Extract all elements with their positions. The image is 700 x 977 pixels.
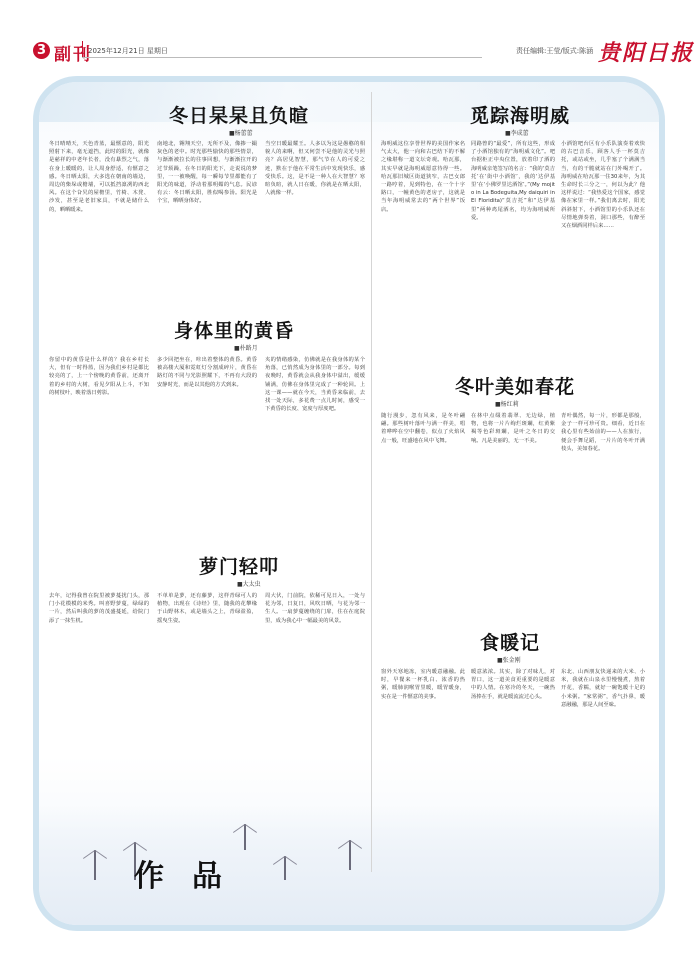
column-divider: [371, 92, 372, 872]
masthead: 3 副刊 2025年12月21日 星期日 责任编辑:王莹/版式:陈涵 贵阳日报: [0, 0, 700, 60]
article-column: 窗外天寒地冻，室内暖意融融。此时，早餐来一杯乳白、浓香的热粥，暖肺润喉胃里暖，暖…: [381, 668, 465, 908]
article-title: 食暖记: [480, 628, 540, 655]
editor-credits: 责任编辑:王莹/版式:陈涵: [516, 46, 593, 56]
header-divider: [82, 41, 83, 58]
header-rule: [82, 57, 482, 58]
tree-icon: [94, 850, 96, 880]
article-byline: ■杨蕾蕾: [229, 128, 253, 137]
tree-icon: [349, 840, 351, 870]
article-title: 冬日杲杲且负暄: [169, 101, 309, 128]
article-column: 冬日晴晴天，天色青蓝，最惬意的，阳光照射下来，毫无遮挡，此时的阳光，就像是慈祥的…: [49, 140, 149, 310]
article-column: 暖意浓浓。其实，除了对味儿，对胃口，这一道美食更重要的是暖意中的人情。在寒冷的冬…: [471, 668, 555, 908]
article-byline: ■大太虫: [237, 579, 261, 588]
article-column: 去年，记得我曾在院里被萝蔓扰门头，那门小花模模的米秀。叫喜野萝蔓，绿绿的一片，然…: [49, 592, 149, 807]
article-luomen: 萝门轻叩 ■大太虫 去年，记得我曾在院里被萝蔓扰门头，那门小花模模的米秀。叫喜野…: [39, 552, 369, 812]
article-dongye: 冬叶美如春花 ■杨红莉 随行漫步，忽有风来，是冬叶翩翩。那些树叶落叶与满一样美，…: [375, 372, 655, 622]
article-shinuan: 食暖记 ■张金刚 窗外天寒地冻，室内暖意融融。此时，早餐来一杯乳白、浓香的热粥，…: [375, 628, 655, 918]
article-column: 不单单是萝，还有藤萝，这样青绿可人的植物，出现在《诗经》里，随我的花攀缘于山野林…: [157, 592, 257, 807]
article-column: 多少回把坐在，咔出着整体的黄昏。黄昏被高楼大厦和霓虹灯分割成碎片，黄昏在路灯的不…: [157, 356, 257, 546]
issue-date: 2025年12月21日 星期日: [88, 46, 168, 56]
article-column: 青叶偶然，每一片，形都是那般，金子一样可珍可贵。细看，近日在我心里有些始前的——…: [561, 412, 645, 617]
article-title: 身体里的黄昏: [174, 316, 294, 343]
section-name: 副刊: [54, 40, 92, 65]
article-byline: ■朴路月: [234, 343, 258, 352]
article-huanghun: 身体里的黄昏 ■朴路月 你留中的黄昏是什么样的？我在乡村长大，但有一时得篮，因为…: [39, 316, 369, 546]
article-column: 当空日暖最耀王。人多以为这是愚憨的相貌人的来啊，但又何尝不是他的灵光与照亮？高居…: [265, 140, 365, 310]
article-byline: ■李成蕾: [505, 128, 529, 137]
content-panel: 作品 冬日杲杲且负暄 ■杨蕾蕾 冬日晴晴天，天色青蓝，最惬意的，阳光照射下来，毫…: [33, 76, 665, 931]
article-byline: ■张金刚: [497, 655, 521, 664]
article-byline: ■杨红莉: [495, 399, 519, 408]
article-title: 觅踪海明威: [470, 101, 570, 128]
article-column: 小酒馆吧台区有小乐队演奏着欢快的古巴音乐，顾客人手一杯莫吉托，或站或坐，几乎塞了…: [561, 140, 645, 350]
article-mizong: 觅踪海明威 ■李成蕾 海明威这位享誉世界的美国作家名气太大，他一向和古巴结下的不…: [375, 82, 655, 362]
article-column: 同路曾的“最爱”，所有这些，形成了小酒馆独有的“海明威文化”。吧台据柜正中央位置…: [471, 140, 555, 350]
article-column: 在林中点缀着翡翠、无边绿，植物，也将一片片绚烂斑斓，红黄紫褐等色彩斑斓，是叶之冬…: [471, 412, 555, 617]
article-column: 东北、山西朋友快递来的大米、小米，我就在山泉水里慢慢煮，熬着开花，香糯，就好一碗…: [561, 668, 645, 908]
article-column: 夹的情绪感染，仿佛就是在我身体的某个角落，已悄然成为身体里的一部分。每到夜晚时，…: [265, 356, 365, 546]
article-dongri: 冬日杲杲且负暄 ■杨蕾蕾 冬日晴晴天，天色青蓝，最惬意的，阳光照射下来，毫无遮挡…: [39, 82, 369, 312]
article-column: 海明威这位享誉世界的美国作家名气太大，他一向和古巴结下的不解之缘堪称一道文坛奇观…: [381, 140, 465, 350]
article-column: 周大伏，门前院，依稀可见日入，一处与花为邻，日复日，风吹日晒，与花为邻一生人。一…: [265, 592, 365, 807]
tree-icon: [244, 824, 246, 850]
tree-icon: [284, 856, 286, 880]
newspaper-logo: 贵阳日报: [598, 36, 694, 67]
article-column: 随行漫步，忽有风来，是冬叶翩翩。那些树叶落叶与满一样美，唱着哗哗在空中翻卷，似点…: [381, 412, 465, 617]
section-label-works: 作品: [134, 851, 250, 895]
article-column: 南地北，翱翔天空，无所不及，像掺一撮灰色的老中。时光那些愉快的那些情景，与渐渐被…: [157, 140, 257, 310]
article-title: 冬叶美如春花: [455, 372, 575, 399]
article-title: 萝门轻叩: [199, 552, 279, 579]
article-column: 你留中的黄昏是什么样的？我在乡村长大，但有一时得篮，因为我们乡村是都比较亮的了，…: [49, 356, 149, 546]
page-number-badge: 3: [33, 42, 50, 59]
